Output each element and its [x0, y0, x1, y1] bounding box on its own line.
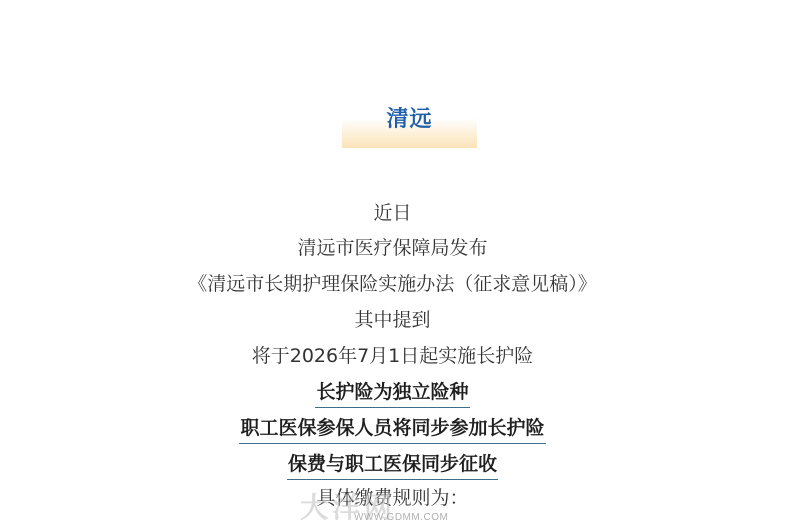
paragraph-line: 将于2026年7月1日起实施长护险: [0, 344, 785, 368]
paragraph-line: 《清远市长期护理保险实施办法（征求意见稿）》: [0, 272, 785, 296]
closing-line: 具体缴费规则为：: [0, 486, 785, 510]
highlight-text: 职工医保参保人员将同步参加长护险: [239, 416, 545, 444]
highlight-text: 保费与职工医保同步征收: [287, 452, 498, 480]
highlight-line: 保费与职工医保同步征收: [0, 452, 785, 480]
paragraph-line: 清远市医疗保障局发布: [0, 236, 785, 260]
article-body: 清远 近日 清远市医疗保障局发布 《清远市长期护理保险实施办法（征求意见稿）》 …: [0, 0, 785, 530]
paragraph-line: 近日: [0, 201, 785, 225]
watermark-url: WWW.GDMM.COM: [354, 512, 448, 523]
section-header: 清远: [342, 102, 477, 148]
highlight-line: 长护险为独立险种: [0, 380, 785, 408]
highlight-text: 长护险为独立险种: [315, 380, 469, 408]
section-title: 清远: [342, 102, 477, 138]
paragraph-line: 其中提到: [0, 308, 785, 332]
highlight-line: 职工医保参保人员将同步参加长护险: [0, 416, 785, 444]
